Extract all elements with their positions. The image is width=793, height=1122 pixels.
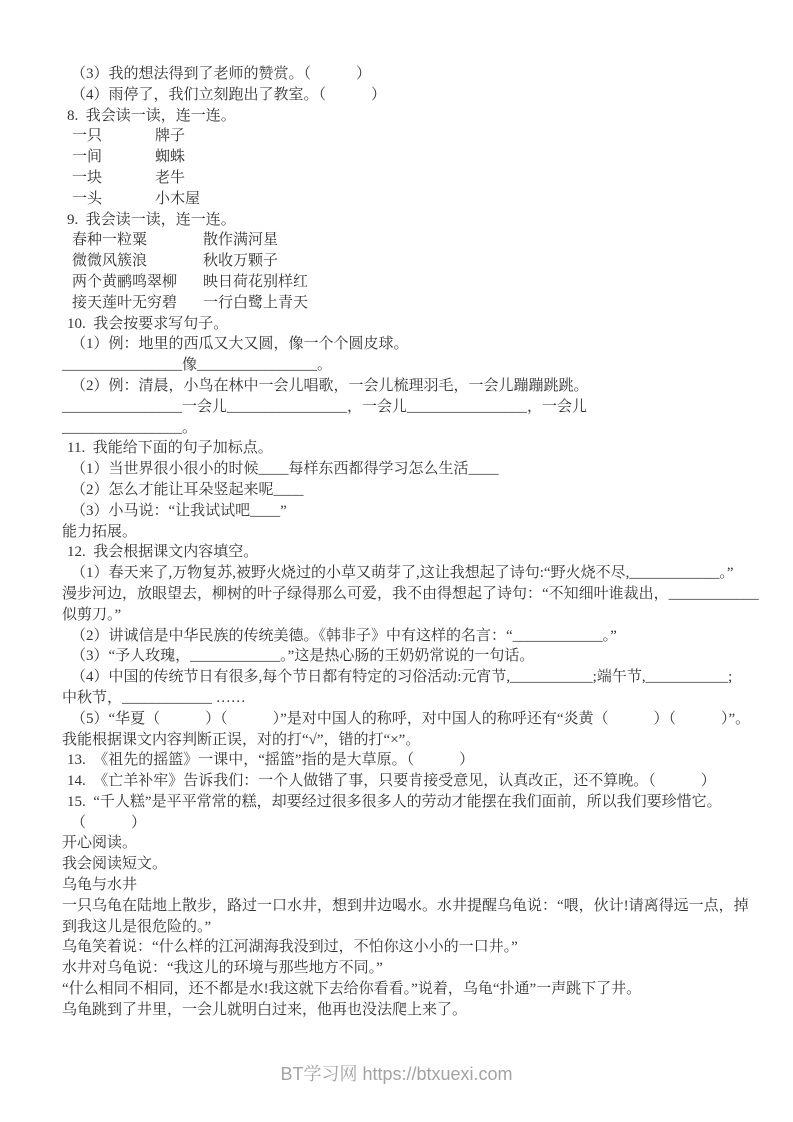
match-row: 一头小木屋 bbox=[0, 189, 793, 210]
text-line: 13. 《祖先的摇篮》一课中，“摇篮”指的是大草原。（ ） bbox=[0, 750, 793, 771]
match-right-item: 老牛 bbox=[155, 168, 185, 189]
match-left-item: 两个黄鹂鸣翠柳 bbox=[72, 272, 203, 293]
match-left-item: 一只 bbox=[72, 126, 155, 147]
text-line: 漫步河边，放眼望去，柳树的叶子绿得那么可爱，我不由得想起了诗句：“不知细叶谁裁出… bbox=[0, 584, 793, 605]
match-right-item: 小木屋 bbox=[155, 189, 200, 210]
text-line: 11. 我能给下面的句子加标点。 bbox=[0, 438, 793, 459]
text-line: （5）“华夏（ ）（ ）”是对中国人的称呼，对中国人的称呼还有“炎黄（ ）（ ）… bbox=[0, 709, 793, 730]
text-line: （4）雨停了，我们立刻跑出了教室。（ ） bbox=[0, 85, 793, 106]
text-line: 能力拓展。 bbox=[0, 522, 793, 543]
match-left-item: 一间 bbox=[72, 147, 155, 168]
text-line: 我会阅读短文。 bbox=[0, 854, 793, 875]
match-row: 一间蜘蛛 bbox=[0, 147, 793, 168]
text-line: （ ） bbox=[0, 813, 793, 834]
text-line: 一只乌龟在陆地上散步，路过一口水井，想到井边喝水。水井提醒乌龟说：“喂，伙计!请… bbox=[0, 896, 793, 917]
text-line: （2）讲诚信是中华民族的传统美德。《韩非子》中有这样的名言：“_________… bbox=[0, 626, 793, 647]
match-row: 两个黄鹂鸣翠柳映日荷花别样红 bbox=[0, 272, 793, 293]
match-left-item: 微微风簇浪 bbox=[72, 251, 203, 272]
text-line: 9. 我会读一读，连一连。 bbox=[0, 210, 793, 231]
text-line: 到我这儿是很危险的。” bbox=[0, 917, 793, 938]
match-right-item: 牌子 bbox=[155, 126, 185, 147]
text-line: （3）我的想法得到了老师的赞赏。（ ） bbox=[0, 64, 793, 85]
match-right-item: 一行白鹭上青天 bbox=[203, 293, 308, 314]
text-line: （3）“予人玫瑰，____________。”这是热心肠的王奶奶常说的一句话。 bbox=[0, 646, 793, 667]
text-line: 乌龟跳到了井里，一会儿就明白过来，他再也没法爬上来了。 bbox=[0, 1000, 793, 1021]
match-row: 一只牌子 bbox=[0, 126, 793, 147]
match-right-item: 散作满河星 bbox=[203, 230, 278, 251]
text-line: 乌龟笑着说：“什么样的江河湖海我没到过，不怕你这小小的一口井。” bbox=[0, 937, 793, 958]
text-line: 水井对乌龟说：“我这儿的环境与那些地方不同。” bbox=[0, 958, 793, 979]
text-line: （1）例：地里的西瓜又大又圆，像一个个圆皮球。 bbox=[0, 334, 793, 355]
text-line: 乌龟与水井 bbox=[0, 875, 793, 896]
text-line: ________________。 bbox=[0, 418, 793, 439]
text-line: 8. 我会读一读，连一连。 bbox=[0, 106, 793, 127]
match-row: 微微风簇浪秋收万颗子 bbox=[0, 251, 793, 272]
text-line: 中秋节，____________ …… bbox=[0, 688, 793, 709]
match-row: 一块老牛 bbox=[0, 168, 793, 189]
match-right-item: 蜘蛛 bbox=[155, 147, 185, 168]
text-line: 15. “千人糕”是平平常常的糕，却要经过很多很多人的劳动才能摆在我们面前，所以… bbox=[0, 792, 793, 813]
text-line: 12. 我会根据课文内容填空。 bbox=[0, 542, 793, 563]
text-line: 我能根据课文内容判断正误，对的打“√”，错的打“×”。 bbox=[0, 730, 793, 751]
text-line: （2）例：清晨，小鸟在林中一会儿唱歌，一会儿梳理羽毛，一会儿蹦蹦跳跳。 bbox=[0, 376, 793, 397]
match-right-item: 秋收万颗子 bbox=[203, 251, 278, 272]
text-line: “什么相同不相同，还不都是水!我这就下去给你看看。”说着，乌龟“扑通”一声跳下了… bbox=[0, 979, 793, 1000]
text-line: （1）春天来了,万物复苏,被野火烧过的小草又萌芽了,这让我想起了诗句:“野火烧不… bbox=[0, 563, 793, 584]
worksheet-content: （3）我的想法得到了老师的赞赏。（ ）（4）雨停了，我们立刻跑出了教室。（ ）8… bbox=[0, 64, 793, 1021]
text-line: ________________像________________。 bbox=[0, 355, 793, 376]
footer-site-text: BT学习网 https://btxuexi.com bbox=[280, 1064, 512, 1084]
text-line: ________________一会儿________________，一会儿_… bbox=[0, 397, 793, 418]
match-left-item: 春种一粒粟 bbox=[72, 230, 203, 251]
match-row: 接天莲叶无穷碧一行白鹭上青天 bbox=[0, 293, 793, 314]
text-line: （3）小马说：“让我试试吧____” bbox=[0, 501, 793, 522]
match-left-item: 一头 bbox=[72, 189, 155, 210]
footer-watermark: BT学习网 https://btxuexi.com bbox=[0, 1062, 793, 1086]
text-line: 似剪刀。” bbox=[0, 605, 793, 626]
worksheet-page: （3）我的想法得到了老师的赞赏。（ ）（4）雨停了，我们立刻跑出了教室。（ ）8… bbox=[0, 0, 793, 1122]
match-row: 春种一粒粟散作满河星 bbox=[0, 230, 793, 251]
match-left-item: 一块 bbox=[72, 168, 155, 189]
text-line: 14. 《亡羊补牢》告诉我们：一个人做错了事，只要肯接受意见，认真改正，还不算晚… bbox=[0, 771, 793, 792]
match-right-item: 映日荷花别样红 bbox=[203, 272, 308, 293]
text-line: 10. 我会按要求写句子。 bbox=[0, 314, 793, 335]
match-left-item: 接天莲叶无穷碧 bbox=[72, 293, 203, 314]
text-line: （4）中国的传统节日有很多,每个节日都有特定的习俗活动:元宵节,________… bbox=[0, 667, 793, 688]
text-line: （2）怎么才能让耳朵竖起来呢____ bbox=[0, 480, 793, 501]
text-line: 开心阅读。 bbox=[0, 833, 793, 854]
text-line: （1）当世界很小很小的时候____每样东西都得学习怎么生活____ bbox=[0, 459, 793, 480]
